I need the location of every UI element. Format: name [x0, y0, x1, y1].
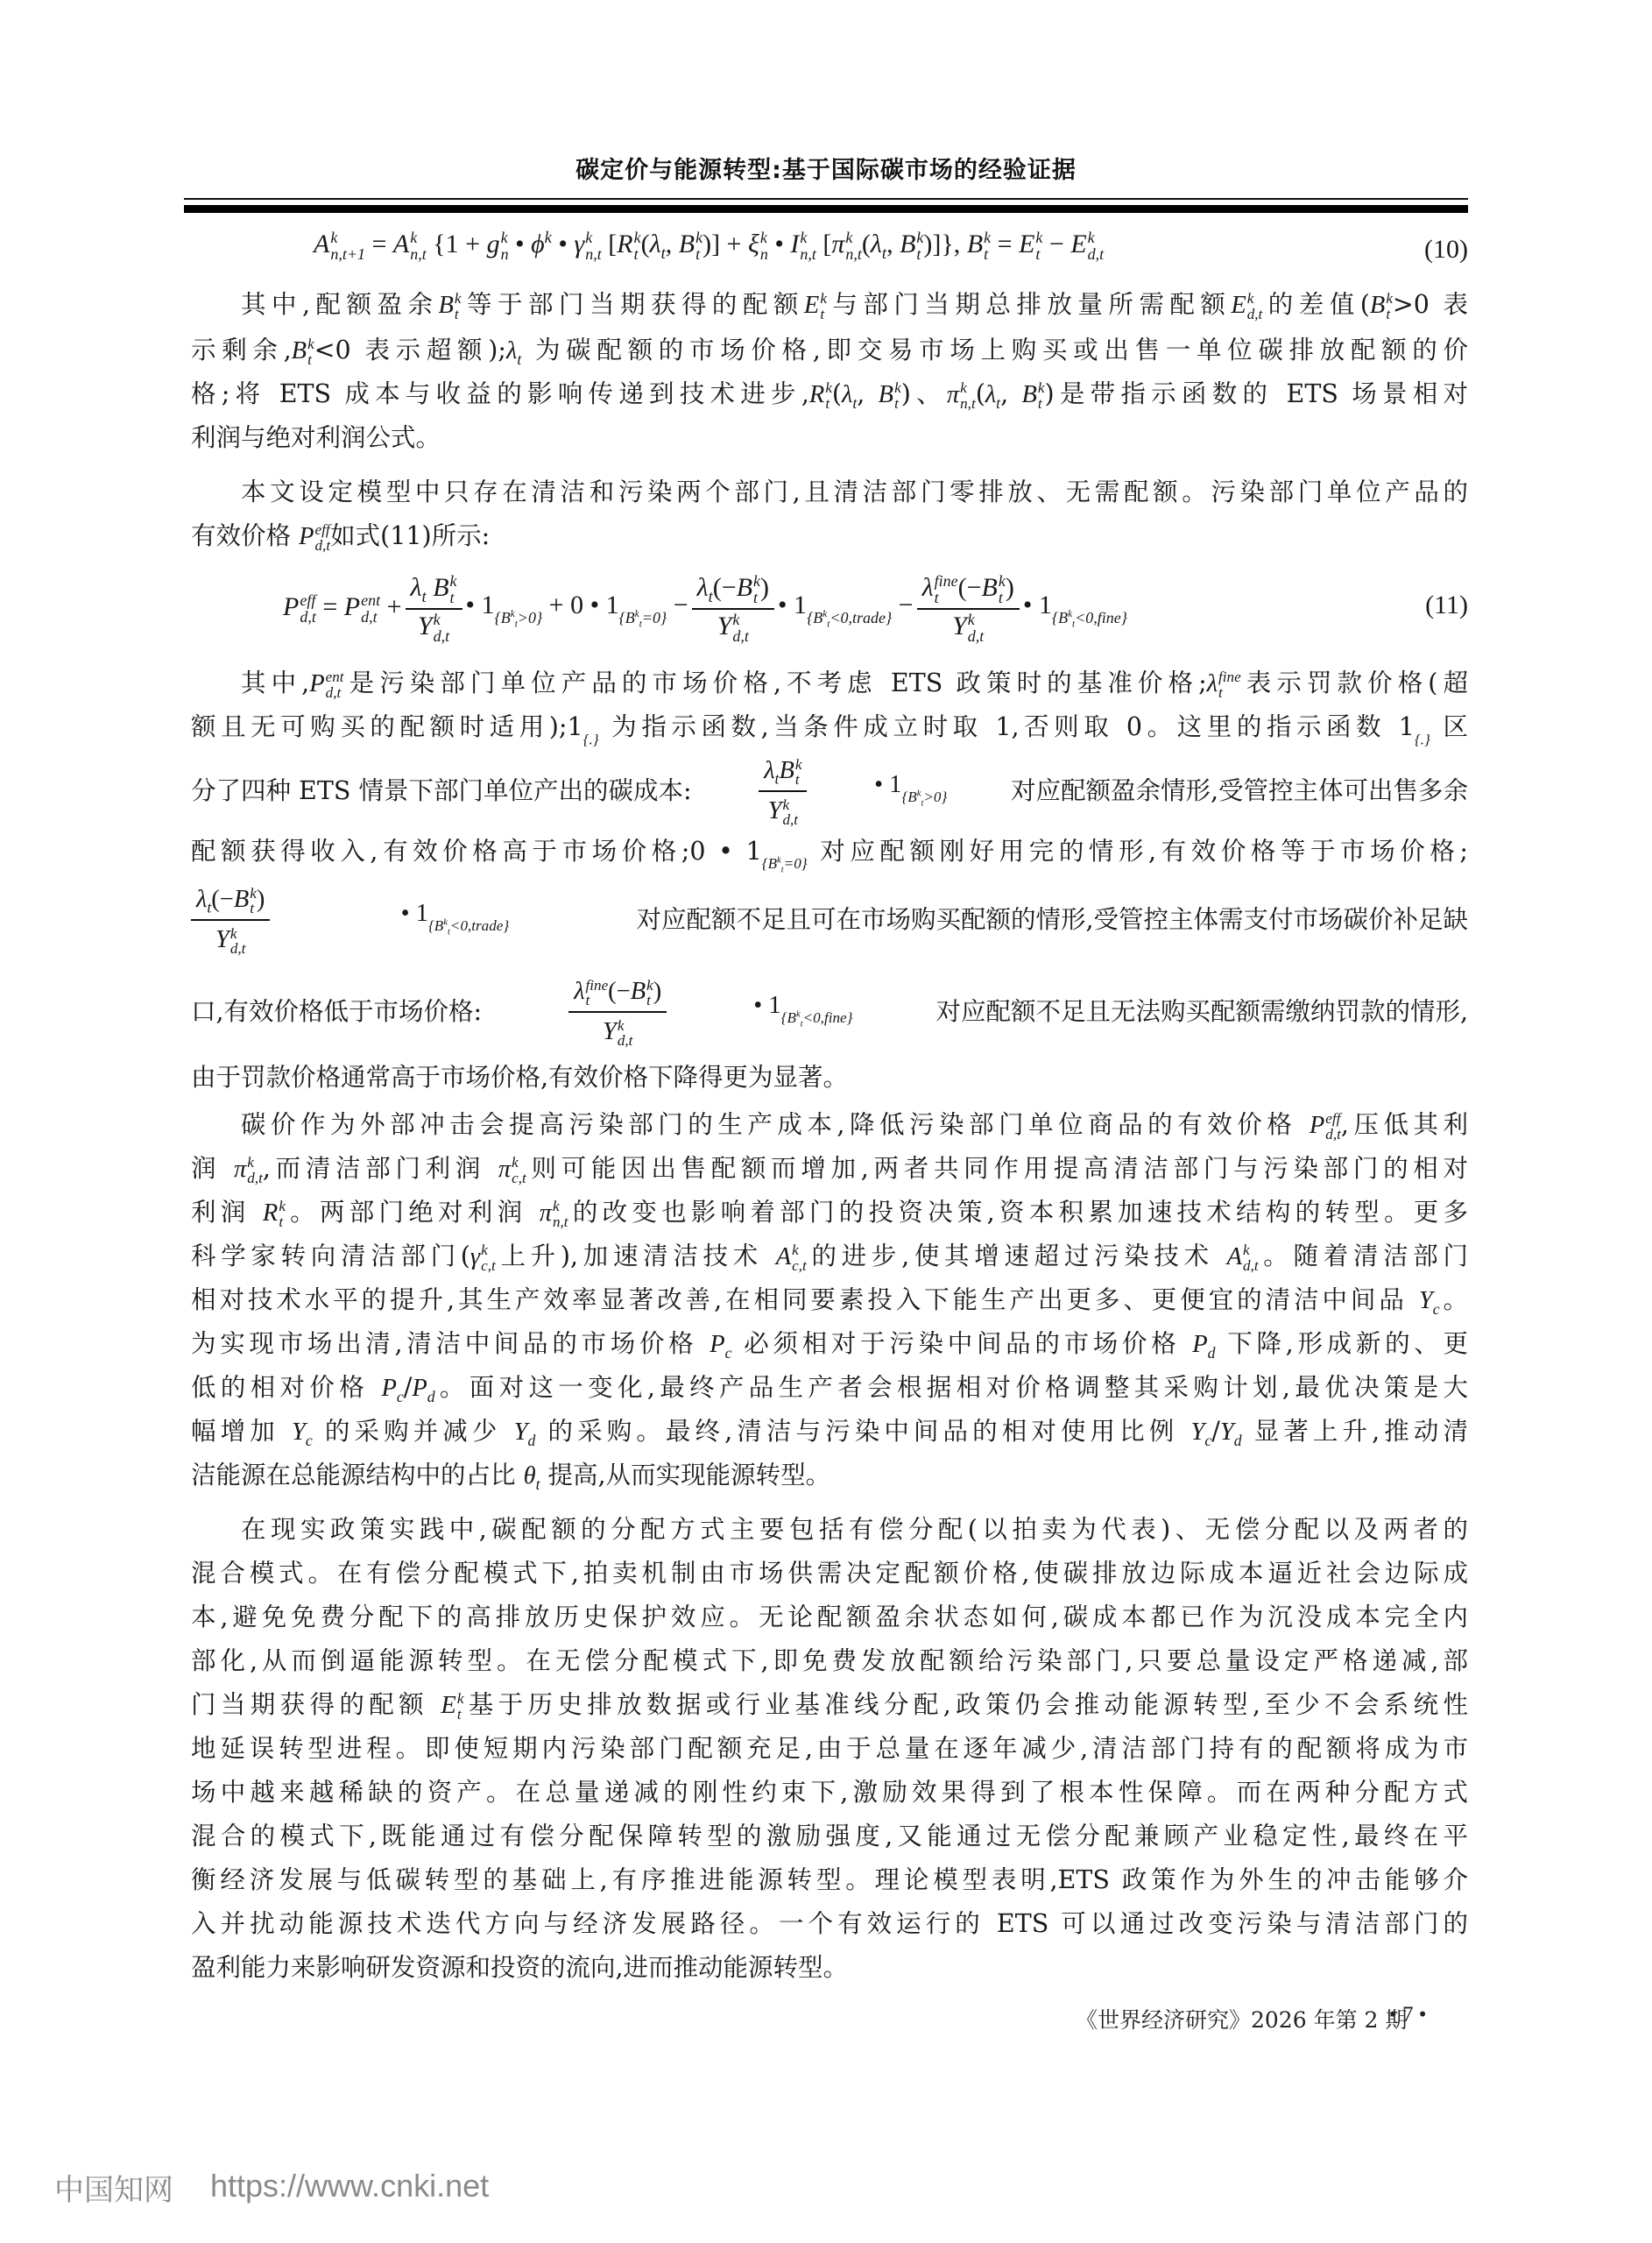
paragraph-5-line-2: 混合模式。在有偿分配模式下,拍卖机制由市场供需决定配额价格,使碳排放边际成本逼近… [191, 1556, 1468, 1591]
paragraph-4-line-7: 低的相对价格 Pc/Pd。面对这一变化,最终产品生产者会根据相对价格调整其采购计… [191, 1370, 1468, 1406]
paragraph-1-line-4: 利润与绝对利润公式。 [191, 421, 1468, 456]
journal-citation: 《世界经济研究》2026 年第 2 期 [1076, 2003, 1407, 2034]
page-number: • 7 • [1389, 2003, 1427, 2027]
cnki-watermark-url[interactable]: https://www.cnki.net [210, 2168, 489, 2204]
paragraph-3-line-3: 分了四种 ETS 情景下部门单位产出的碳成本: λtBktYkd,t • 1{B… [191, 752, 1468, 831]
paragraph-2-line-2: 有效价格 Peffd,t如式(11)所示: [191, 519, 1468, 555]
paragraph-3-line-7: 由于罚款价格通常高于市场价格,有效价格下降得更为显著。 [191, 1060, 1468, 1095]
journal-page: 碳定价与能源转型:基于国际碳市场的经验证据 Akn,t+1 = Akn,t {1… [0, 0, 1652, 2243]
running-title: 碳定价与能源转型:基于国际碳市场的经验证据 [0, 151, 1652, 185]
paragraph-2-line-1: 本文设定模型中只存在清洁和污染两个部门,且清洁部门零排放、无需配额。污染部门单位… [191, 475, 1468, 510]
paragraph-1-line-2: 示剩余,Bkt<0 表示超额);λt 为碳配额的市场价格,即交易市场上购买或出售… [191, 333, 1468, 369]
paragraph-4-line-6: 为实现市场出清,清洁中间品的市场价格 Pc 必须相对于污染中间品的市场价格 Pd… [191, 1327, 1468, 1362]
paragraph-1-line-1: 其中,配额盈余Bkt等于部门当期获得的配额Ekt与部门当期总排放量所需配额Ekd… [191, 287, 1468, 323]
fraction-trade: λt(−Bkt)Ykd,t [692, 573, 774, 645]
paragraph-5-line-7: 场中越来越稀缺的资产。在总量递减的刚性约束下,激励效果得到了根本性保障。而在两种… [191, 1775, 1468, 1810]
equation-number-11: (11) [1425, 591, 1468, 620]
paragraph-3-line-6: 口,有效价格低于市场价格: λfinet(−Bkt)Ykd,t • 1{Bkt<… [191, 968, 1468, 1056]
equation-11: Peffd,t = Pentd,t + λt BktYkd,t • 1{Bkt>… [191, 561, 1468, 657]
paragraph-5-line-6: 地延误转型进程。即使短期内污染部门配额充足,由于总量在逐年减少,清洁部门持有的配… [191, 1731, 1468, 1766]
paragraph-5-line-9: 衡经济发展与低碳转型的基础上,有序推进能源转型。理论模型表明,ETS 政策作为外… [191, 1863, 1468, 1898]
paragraph-4-line-2: 润 πkd,t,而清洁部门利润 πkc,t则可能因出售配额而增加,两者共同作用提… [191, 1151, 1468, 1187]
paragraph-4-line-1: 碳价作为外部冲击会提高污染部门的生产成本,降低污染部门单位商品的有效价格 Pef… [191, 1107, 1468, 1143]
equation-10: Akn,t+1 = Akn,t {1 + gkn • ϕk • γkn,t [R… [191, 230, 1468, 263]
paragraph-5-line-4: 部化,从而倒逼能源转型。在无偿分配模式下,即免费发放配额给污染部门,只要总量设定… [191, 1644, 1468, 1679]
paragraph-3-line-5: λt(−Bkt)Ykd,t • 1{Bkt<0,trade} 对应配额不足且可在… [191, 876, 1468, 964]
paragraph-4-line-8: 幅增加 Yc 的采购并减少 Yd 的采购。最终,清洁与污染中间品的相对使用比例 … [191, 1414, 1468, 1450]
paragraph-4-line-5: 相对技术水平的提升,其生产效率显著改善,在相同要素投入下能生产出更多、更便宜的清… [191, 1283, 1468, 1319]
fraction-fine: λfinet(−Bkt)Ykd,t [917, 573, 1020, 645]
paragraph-4-line-3: 利润 Rkt。两部门绝对利润 πkn,t的改变也影响着部门的投资决策,资本积累加… [191, 1195, 1468, 1231]
paragraph-5-line-5: 门当期获得的配额 Ekt基于历史排放数据或行业基准线分配,政策仍会推动能源转型,… [191, 1688, 1468, 1723]
cnki-watermark-brand: 中国知网 [54, 2166, 173, 2209]
paragraph-5-line-1: 在现实政策实践中,碳配额的分配方式主要包括有偿分配(以拍卖为代表)、无偿分配以及… [191, 1512, 1468, 1547]
paragraph-3-line-4: 配额获得收入,有效价格高于市场价格;0 • 1{Bkt=0} 对应配额刚好用完的… [191, 834, 1468, 881]
header-rule-thick [184, 205, 1468, 213]
paragraph-5-line-10: 入并扰动能源技术迭代方向与经济发展路径。一个有效运行的 ETS 可以通过改变污染… [191, 1907, 1468, 1942]
equation-number-10: (10) [1424, 235, 1468, 265]
paragraph-5-line-3: 本,避免免费分配下的高排放历史保护效应。无论配额盈余状态如何,碳成本都已作为沉没… [191, 1600, 1468, 1635]
fraction-surplus: λt BktYkd,t [406, 573, 462, 645]
paragraph-1-line-3: 格;将 ETS 成本与收益的影响传递到技术进步,Rkt(λt, Bkt)、πkn… [191, 377, 1468, 413]
paragraph-5-line-11: 盈利能力来影响研发资源和投资的流向,进而推动能源转型。 [191, 1950, 1468, 1985]
paragraph-4-line-4: 科学家转向清洁部门(γkc,t上升),加速清洁技术 Akc,t的进步,使其增速超… [191, 1239, 1468, 1275]
paragraph-3-line-1: 其中,Pentd,t是污染部门单位产品的市场价格,不考虑 ETS 政策时的基准价… [191, 666, 1468, 702]
paragraph-3-line-2: 额且无可购买的配额时适用);1{.} 为指示函数,当条件成立时取 1,否则取 0… [191, 710, 1468, 757]
header-rule-thin [184, 198, 1468, 200]
paragraph-4-line-9: 洁能源在总能源结构中的占比 θt 提高,从而实现能源转型。 [191, 1458, 1468, 1494]
paragraph-5-line-8: 混合的模式下,既能通过有偿分配保障转型的激励强度,又能通过无偿分配兼顾产业稳定性… [191, 1819, 1468, 1854]
